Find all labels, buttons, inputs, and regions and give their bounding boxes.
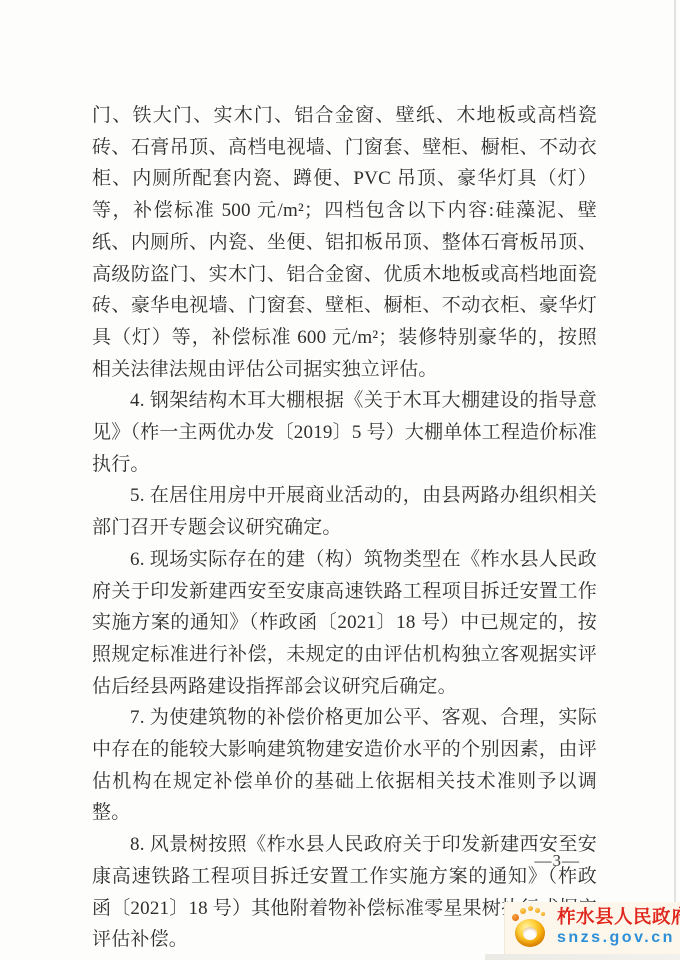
scanned-document-page: 门、铁大门、实木门、铝合金窗、壁纸、木地板或高档瓷砖、石膏吊顶、高档电视墙、门窗… bbox=[0, 0, 680, 960]
logo-text: 柞水县人民政府 snzs.gov.cn bbox=[557, 908, 680, 948]
body-paragraph: 门、铁大门、实木门、铝合金窗、壁纸、木地板或高档瓷砖、石膏吊顶、高档电视墙、门窗… bbox=[92, 100, 597, 385]
body-paragraph-item-4: 4. 钢架结构木耳大棚根据《关于木耳大棚建设的指导意见》（柞一主两优办发〔201… bbox=[92, 385, 597, 480]
footprint-icon bbox=[512, 906, 550, 950]
body-paragraph-item-5: 5. 在居住用房中开展商业活动的，由县两路办组织相关部门召开专题会议研究确定。 bbox=[92, 480, 597, 543]
site-url: snzs.gov.cn bbox=[557, 929, 680, 947]
page-number: —3— bbox=[535, 851, 581, 871]
document-body: 门、铁大门、实木门、铝合金窗、壁纸、木地板或高档瓷砖、石膏吊顶、高档电视墙、门窗… bbox=[92, 100, 597, 956]
site-name: 柞水县人民政府 bbox=[557, 908, 680, 929]
government-site-logo: 柞水县人民政府 snzs.gov.cn bbox=[504, 902, 680, 954]
body-paragraph-item-7: 7. 为使建筑物的补偿价格更加公平、客观、合理，实际中存在的能较大影响建筑物建安… bbox=[92, 702, 597, 829]
bottom-scan-shadow bbox=[485, 954, 680, 960]
body-paragraph-item-6: 6. 现场实际存在的建（构）筑物类型在《柞水县人民政府关于印发新建西安至安康高速… bbox=[92, 544, 597, 703]
scan-edge-line bbox=[674, 0, 676, 960]
